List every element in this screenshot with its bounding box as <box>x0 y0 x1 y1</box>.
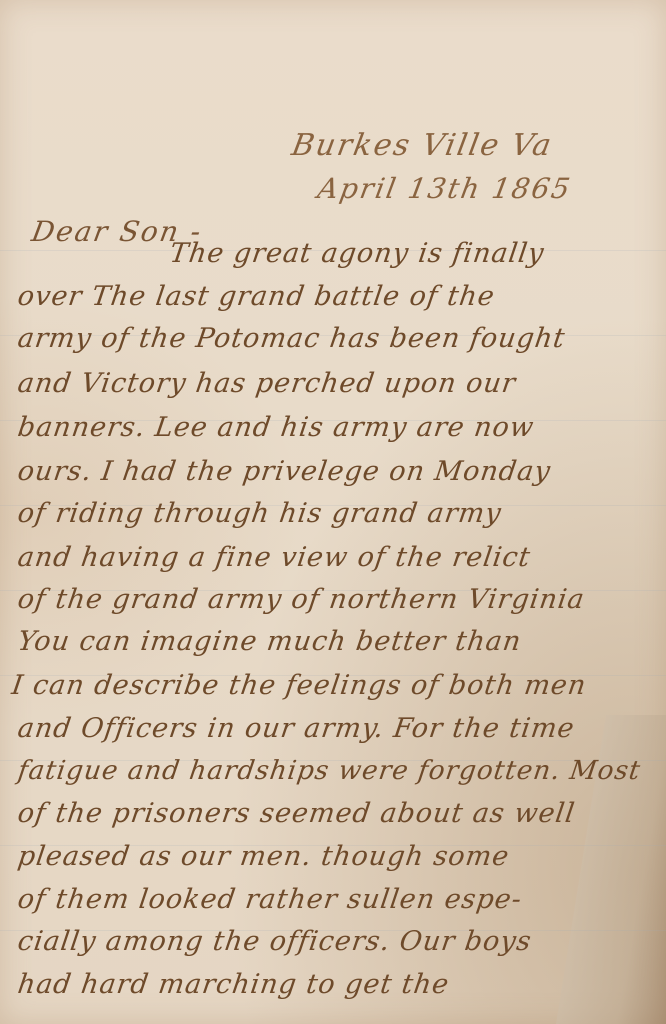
letter-line: and Victory has perched upon our <box>16 368 518 399</box>
letter-date: April 13th 1865 <box>315 172 574 205</box>
letter-line: of the prisoners seemed about as well <box>16 798 577 829</box>
letter-line: of the grand army of northern Virginia <box>16 584 587 615</box>
letter-line: and having a fine view of the relict <box>16 542 533 573</box>
letter-line: The great agony is finally <box>168 238 547 269</box>
letter-line: had hard marching to get the <box>16 969 452 1000</box>
letter-line: and Officers in our army. For the time <box>16 713 577 744</box>
letter-line: cially among the officers. Our boys <box>16 926 534 957</box>
letter-line: fatigue and hardships were forgotten. Mo… <box>16 756 643 786</box>
letter-line: You can imagine much better than <box>16 626 524 657</box>
letter-line: banners. Lee and his army are now <box>16 412 536 443</box>
letter-line: I can describe the feelings of both men <box>10 670 589 701</box>
letter-line: army of the Potomac has been fought <box>16 323 568 354</box>
letter-page: Burkes Ville Va April 13th 1865 Dear Son… <box>0 0 666 1024</box>
letter-line: over The last grand battle of the <box>16 281 497 312</box>
letter-line: pleased as our men. though some <box>16 841 512 872</box>
letter-line: of riding through his grand army <box>16 498 504 529</box>
letter-line: ours. I had the privelege on Monday <box>16 456 553 487</box>
letter-place: Burkes Ville Va <box>289 128 556 163</box>
letter-line: of them looked rather sullen espe- <box>16 884 524 915</box>
